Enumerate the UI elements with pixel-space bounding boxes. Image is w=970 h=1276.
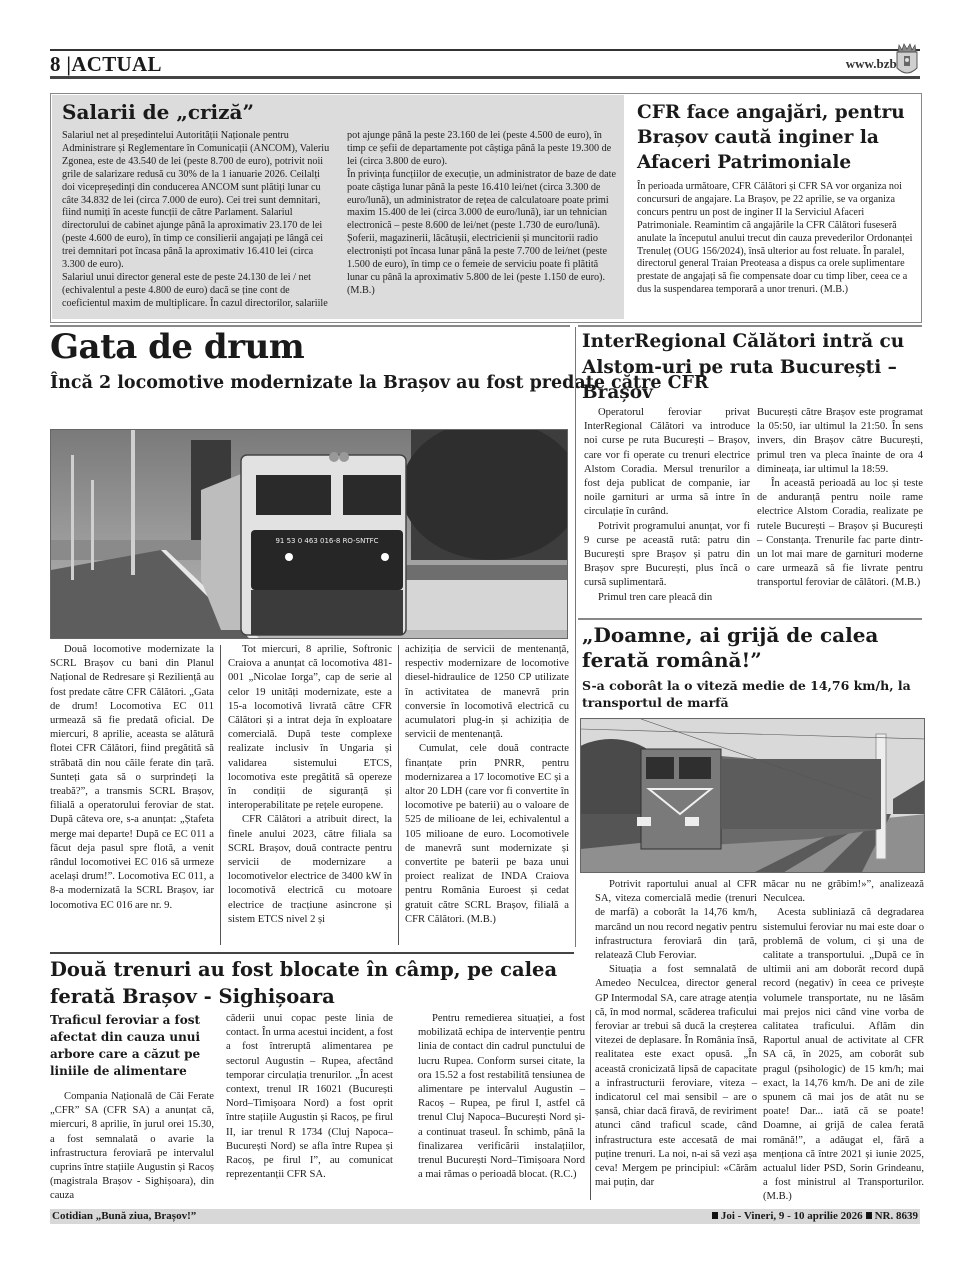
coat-of-arms-icon: [893, 42, 921, 80]
article-paragraph: Două locomotive modernizate la SCRL Braș…: [50, 643, 214, 913]
article-paragraph: Compania Națională de Căi Ferate „CFR” S…: [50, 1090, 214, 1204]
article-paragraph: achiziția de servicii de mentenanță, res…: [405, 643, 569, 742]
page-header: 8 |ACTUAL: [50, 52, 162, 76]
doamne-headline: „Doamne, ai grijă de calea ferată română…: [582, 623, 927, 673]
section-rule: [50, 952, 574, 954]
salarii-paragraph: În privința funcțiilor de execuție, un a…: [347, 169, 617, 234]
page-column-divider: [575, 327, 576, 947]
interregional-headline: InterRegional Călători intră cu Alstom-u…: [582, 329, 927, 406]
article-paragraph: căderii unui copac peste linia de contac…: [226, 1012, 393, 1182]
square-bullet-icon: [866, 1212, 872, 1219]
doua-trenuri-column-2: căderii unui copac peste linia de contac…: [226, 1012, 393, 1182]
footer-date: Joi - Vineri, 9 - 10 aprilie 2026: [721, 1210, 863, 1222]
interregional-column-2: București către Brașov este programat la…: [757, 406, 923, 591]
article-paragraph: Tot miercuri, 8 aprilie, Softronic Craio…: [228, 643, 392, 813]
footer-issue-info: Joi - Vineri, 9 - 10 aprilie 2026NR. 863…: [709, 1210, 918, 1222]
article-paragraph: CFR Călători a atribuit direct, la finel…: [228, 813, 392, 927]
salarii-paragraph: Salariul net al președintelui Autorități…: [62, 130, 334, 272]
gata-column-3: achiziția de servicii de mentenanță, res…: [405, 643, 569, 927]
square-bullet-icon: [712, 1212, 718, 1219]
cfr-angajari-body: În perioada următoare, CFR Călători și C…: [637, 181, 920, 297]
article-paragraph: Cumulat, cele două contracte finanțate p…: [405, 742, 569, 927]
salarii-paragraph: Salariul unui director general este de p…: [62, 272, 334, 311]
article-paragraph: Pentru remedierea situației, a fost mobi…: [418, 1012, 585, 1182]
locomotive-number-plate: 91 53 0 463 016-8 RO-SNTFC: [275, 537, 378, 545]
page-number: 8: [50, 52, 61, 76]
freight-train-photo: [580, 718, 925, 873]
article-paragraph: Acesta subliniază că degradarea sistemul…: [763, 906, 924, 1204]
article-paragraph: Primul tren care pleacă din: [584, 591, 750, 605]
salarii-paragraph: pot ajunge până la peste 23.160 de lei (…: [347, 130, 617, 169]
article-paragraph: măcar nu ne grăbim!»”, analizează Neculc…: [763, 878, 924, 906]
article-paragraph: Situația a fost semnalată de Amedeo Necu…: [595, 963, 757, 1190]
doamne-column-1: Potrivit raportului anual al CFR SA, vit…: [595, 878, 757, 1190]
section-name: ACTUAL: [71, 52, 161, 76]
section-rule: [578, 325, 922, 327]
footer-issue-number: NR. 8639: [875, 1210, 918, 1222]
locomotive-photo: 91 53 0 463 016-8 RO-SNTFC: [50, 429, 568, 639]
interregional-column-1: Operatorul feroviar privat InterRegional…: [584, 406, 750, 605]
doua-trenuri-headline: Două trenuri au fost blocate în câmp, pe…: [50, 957, 590, 1010]
article-paragraph: Potrivit programului anunțat, vor fi 9 c…: [584, 520, 750, 591]
header-bottom-rule: [50, 76, 920, 79]
salarii-column-2: pot ajunge până la peste 23.160 de lei (…: [347, 130, 617, 298]
cfr-angajari-title: CFR face angajări, pentru Brașov caută i…: [637, 100, 922, 175]
doua-trenuri-lead: Traficul feroviar a fost afectat din cau…: [50, 1012, 210, 1080]
gata-headline: Gata de drum: [50, 327, 304, 367]
article-paragraph: În această perioadă au loc și teste de a…: [757, 477, 923, 591]
freight-train-photo-image: [581, 719, 925, 873]
doua-trenuri-column-3: Pentru remedierea situației, a fost mobi…: [418, 1012, 585, 1182]
salarii-paragraph: Șoferii, magazinerii, lăcătușii, electri…: [347, 233, 617, 298]
column-divider: [398, 645, 399, 945]
doamne-subheadline: S-a coborât la o viteză medie de 14,76 k…: [582, 677, 927, 711]
footer-publication: Cotidian „Bună ziua, Brașov!”: [52, 1210, 196, 1222]
salarii-column-1: Salariul net al președintelui Autorități…: [62, 130, 334, 311]
article-paragraph: Potrivit raportului anual al CFR SA, vit…: [595, 878, 757, 963]
column-divider: [220, 645, 221, 945]
header-top-rule: [50, 49, 920, 51]
article-paragraph: Operatorul feroviar privat InterRegional…: [584, 406, 750, 520]
column-divider: [590, 1010, 591, 1200]
gata-column-2: Tot miercuri, 8 aprilie, Softronic Craio…: [228, 643, 392, 927]
section-rule: [578, 618, 922, 620]
salarii-title: Salarii de „criză”: [62, 98, 254, 126]
locomotive-photo-image: 91 53 0 463 016-8 RO-SNTFC: [51, 430, 568, 639]
doua-trenuri-column-1: Compania Națională de Căi Ferate „CFR” S…: [50, 1090, 214, 1204]
article-paragraph: București către Brașov este programat la…: [757, 406, 923, 477]
gata-column-1: Două locomotive modernizate la SCRL Braș…: [50, 643, 214, 913]
doamne-column-2: măcar nu ne grăbim!»”, analizează Neculc…: [763, 878, 924, 1205]
